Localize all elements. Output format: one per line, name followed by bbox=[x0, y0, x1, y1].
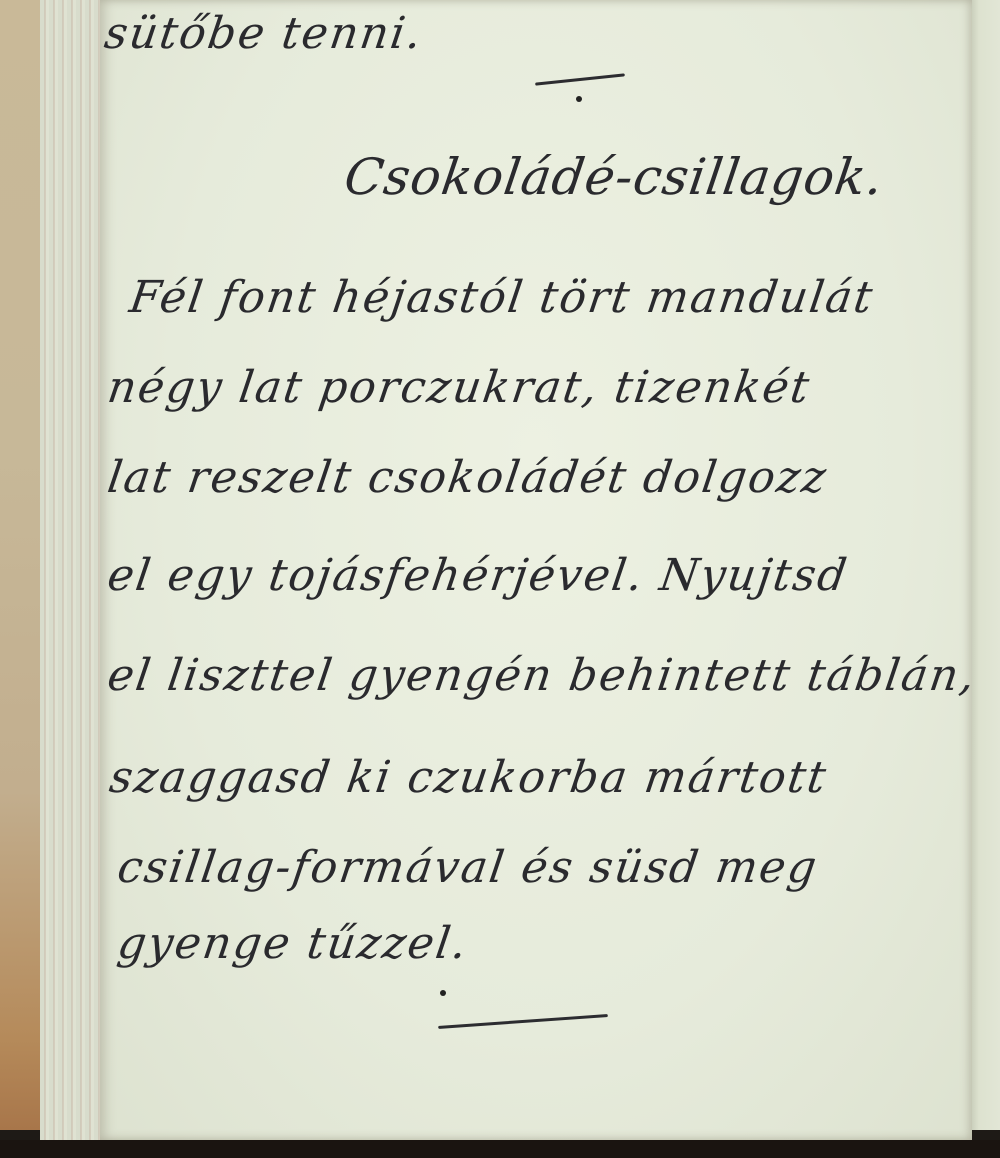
recipe-line-5: el liszttel gyengén behintett táblán, bbox=[104, 650, 979, 701]
adjacent-page-edge bbox=[970, 0, 1000, 1130]
recipe-line-8: gyenge tűzzel. bbox=[114, 918, 471, 969]
recipe-line-7: csillag-formával és süsd meg bbox=[114, 842, 821, 893]
end-dot bbox=[440, 990, 446, 996]
recipe-line-3: lat reszelt csokoládét dolgozz bbox=[104, 452, 831, 503]
manuscript-page: sütőbe tenni. Csokoládé-csillagok. Fél f… bbox=[100, 0, 972, 1142]
recipe-line-6: szaggasd ki czukorba mártott bbox=[106, 752, 830, 803]
recipe-title: Csokoládé-csillagok. bbox=[341, 148, 888, 206]
recipe-line-1: Fél font héjastól tört mandulát bbox=[126, 272, 877, 323]
scan-bottom-shadow bbox=[0, 1140, 1000, 1158]
recipe-line-2: négy lat porczukrat, tizenkét bbox=[104, 362, 814, 413]
divider-dot bbox=[576, 96, 582, 102]
section-divider-top bbox=[535, 73, 625, 85]
recipe-line-4: el egy tojásfehérjével. Nyujtsd bbox=[104, 550, 851, 601]
previous-recipe-last-line: sütőbe tenni. bbox=[101, 8, 426, 59]
section-divider-bottom bbox=[438, 1014, 608, 1029]
